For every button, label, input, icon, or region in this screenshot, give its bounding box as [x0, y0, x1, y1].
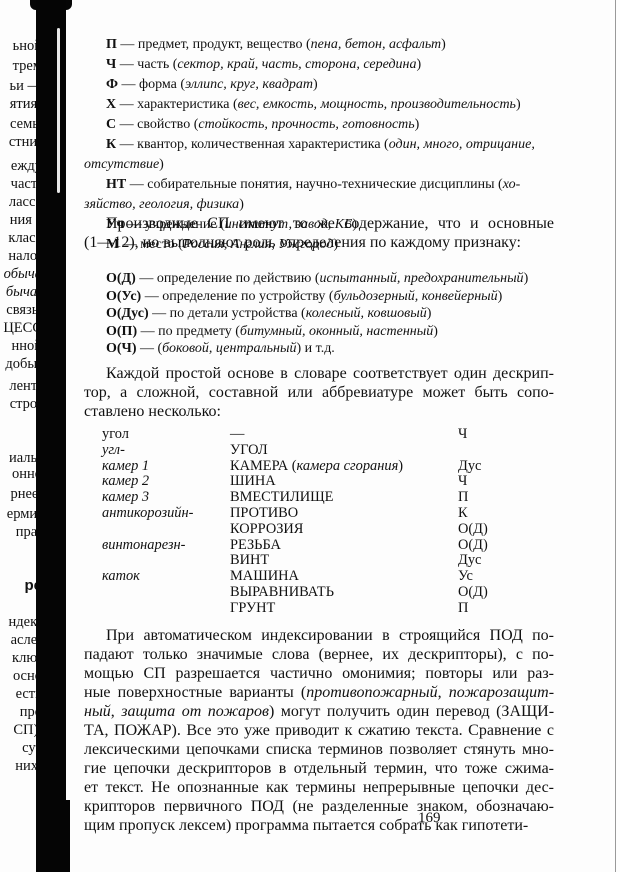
table-row: винтонарезн-РЕЗЬБАО(Д) [102, 537, 522, 553]
paragraph-line: ные поверхностные варианты (противопожар… [84, 683, 554, 702]
descriptor-cell: ПРОТИВО [230, 505, 298, 521]
book-spine-shadow [36, 0, 66, 872]
legend-description: — часть ( [116, 57, 177, 72]
descriptor-cell: ВМЕСТИЛИЩЕ [230, 489, 333, 505]
descriptor-cell: УГОЛ [230, 442, 268, 458]
paragraph-descriptor-mapping: Каждой простой основе в словаре соответс… [84, 364, 554, 421]
descriptor-cell: РЕЗЬБА [230, 537, 281, 553]
legend-code: С [106, 117, 116, 132]
paragraph-derived-codes: Производные СП имеют то же содержание, ч… [84, 214, 554, 252]
legend-entry: Ч — часть (сектор, край, часть, сторона,… [106, 56, 421, 74]
table-row: камер 1КАМЕРА (камера сгорания)Дус [102, 458, 522, 474]
italic-term: ный [84, 703, 111, 720]
legend-code: НТ [106, 177, 126, 192]
spine-highlight [57, 28, 60, 193]
text-run: падают только значимые слова (вернее, их… [84, 646, 554, 663]
paragraph-line: щим пропуск лексем) программа пытается с… [84, 816, 554, 835]
paragraph-line: мощью СП разрешается частично омонимия; … [84, 664, 554, 683]
text-run: ные поверхностные варианты ( [84, 684, 306, 701]
paragraph-line: падают только значимые слова (вернее, их… [84, 645, 554, 664]
code-cell: О(Д) [458, 584, 488, 600]
table-row: КОРРОЗИЯО(Д) [102, 521, 522, 537]
legend-description: — собирательные понятия, научно-техничес… [126, 177, 502, 192]
text-run: крипторов первичного ПОД (не разделенные… [84, 798, 554, 815]
definition-examples: испытанный, предохранительный [320, 271, 524, 286]
definition-examples: боковой, центральный [162, 341, 296, 356]
stem-cell: камер 3 [102, 489, 149, 505]
descriptor-note: камера сгорания [297, 458, 399, 474]
paragraph-line: Каждой простой основе в словаре соответс… [84, 364, 554, 383]
definition-description: — определение по устройству ( [141, 289, 333, 304]
text-run: , [438, 684, 449, 701]
definition-examples: бульдозерный, конвейерный [334, 289, 498, 304]
paragraph-line: крипторов первичного ПОД (не разделенные… [84, 797, 554, 816]
code-cell: К [458, 505, 468, 521]
paragraph-line: ставлено несколько: [84, 402, 554, 421]
legend-code: Ф [106, 77, 118, 92]
paragraph-line: лексическими цепочками списка терминов п… [84, 740, 554, 759]
legend-code: Ч [106, 57, 116, 72]
descriptor-text: ПРОТИВО [230, 505, 298, 521]
definition-entry: О(П) — по предмету (битумный, оконный, н… [106, 323, 438, 341]
legend-code: П [106, 37, 117, 52]
legend-examples: стойкость, прочность, готовность [198, 117, 414, 132]
legend-examples: эллипс, круг, квадрат [185, 77, 313, 92]
table-row: катокМАШИНАУс [102, 568, 522, 584]
legend-entry: К — квантор, количественная характеристи… [106, 136, 535, 154]
legend-examples: вес, емкость, мощность, производительнос… [238, 97, 516, 112]
stem-cell: каток [102, 568, 140, 584]
text-run: лексическими цепочками списка терминов п… [84, 741, 554, 758]
definition-tail: ) [498, 289, 503, 304]
table-row: антикорозийн-ПРОТИВОК [102, 505, 522, 521]
stem-cell: винтонарезн- [102, 537, 185, 553]
legend-entry: Ф — форма (эллипс, круг, квадрат) [106, 76, 318, 94]
legend-description: — форма ( [118, 77, 185, 92]
text-run: гие цепочки дескрипторов в отдельный тер… [84, 760, 554, 777]
text-run: ) могут получить один перевод (ЗАЩИ- [269, 703, 554, 720]
table-row: угол—Ч [102, 426, 522, 442]
descriptor-text: КОРРОЗИЯ [230, 521, 303, 537]
definition-description: — ( [137, 341, 163, 356]
italic-term: пожарозащит- [449, 684, 554, 701]
code-cell: Ч [458, 473, 467, 489]
descriptor-text: ВЫРАВНИВАТЬ [230, 584, 334, 600]
legend-tail: ) [415, 117, 420, 132]
legend-tail: ) [239, 197, 244, 212]
page-edge-line [615, 0, 616, 872]
definition-code: О(Ус) [106, 289, 141, 304]
legend-description: — характеристика ( [116, 97, 237, 112]
legend-examples: отсутствие [84, 157, 159, 172]
definition-code: О(Дус) [106, 306, 149, 321]
legend-tail: ) [441, 37, 446, 52]
paragraph-line: ТА, ПОЖАР). Все это уже приводит к сжати… [84, 721, 554, 740]
descriptor-cell: ВИНТ [230, 552, 269, 568]
descriptor-cell: КОРРОЗИЯ [230, 521, 303, 537]
definition-entry: О(Ус) — определение по устройству (бульд… [106, 288, 502, 306]
text-run: мощью СП разрешается частично омонимия; … [84, 665, 554, 682]
paragraph-line: (1—12), но выполняют роль определения по… [84, 233, 554, 252]
descriptor-cell: — [230, 426, 244, 442]
legend-entry: зяйство, геология, физика) [84, 196, 244, 214]
descriptor-text: РЕЗЬБА [230, 537, 281, 553]
descriptor-text: УГОЛ [230, 442, 268, 458]
legend-description: — свойство ( [116, 117, 198, 132]
definition-code: О(Ч) [106, 341, 137, 356]
code-cell: О(Д) [458, 521, 488, 537]
paragraph-line: При автоматическом индексировании в стро… [84, 626, 554, 645]
definition-code: О(Д) [106, 271, 136, 286]
text-run: При автоматическом индексировании в стро… [106, 627, 554, 644]
definition-code: О(П) [106, 324, 137, 339]
descriptor-text: КАМЕРА [230, 458, 288, 474]
table-row: угл-УГОЛ [102, 442, 522, 458]
italic-term: противопожарный [306, 684, 437, 701]
definition-tail: ) [524, 271, 529, 286]
descriptor-cell: ШИНА [230, 473, 276, 489]
text-run: ТА, ПОЖАР). Все это уже приводит к сжати… [84, 722, 554, 739]
definition-entry: О(Ч) — (боковой, центральный) и т.д. [106, 340, 335, 358]
legend-entry: П — предмет, продукт, вещество (пена, бе… [106, 36, 446, 54]
definition-description: — по детали устройства ( [149, 306, 306, 321]
stem-cell: угол [102, 426, 129, 442]
legend-tail: ) [313, 77, 318, 92]
legend-tail: ) [159, 157, 164, 172]
descriptor-text: МАШИНА [230, 568, 299, 584]
stem-cell: камер 2 [102, 473, 149, 489]
descriptor-text: — [230, 426, 244, 442]
descriptor-text: ВИНТ [230, 552, 269, 568]
table-row: ВИНТДус [102, 552, 522, 568]
definition-tail: ) и т.д. [296, 341, 334, 356]
descriptor-cell: ГРУНТ [230, 600, 275, 616]
text-run: , [111, 703, 121, 720]
stem-cell: угл- [102, 442, 125, 458]
definition-tail: ) [427, 306, 432, 321]
definition-examples: колесный, ковшовый [306, 306, 427, 321]
legend-examples: пена, бетон, асфальт [311, 37, 442, 52]
legend-tail: ) [416, 57, 421, 72]
paragraph-line: тор, а сложной, составной или аббревиату… [84, 383, 554, 402]
italic-term: защита от пожаров [121, 703, 269, 720]
paragraph-automatic-indexing: При автоматическом индексировании в стро… [84, 626, 554, 835]
legend-description: — предмет, продукт, вещество ( [117, 37, 311, 52]
descriptor-text: ГРУНТ [230, 600, 275, 616]
legend-entry: С — свойство (стойкость, прочность, гото… [106, 116, 419, 134]
paragraph-line: ный, защита от пожаров) могут получить о… [84, 702, 554, 721]
definition-entry: О(Д) — определение по действию (испытанн… [106, 270, 528, 288]
table-row: камер 2ШИНАЧ [102, 473, 522, 489]
definition-description: — определение по действию ( [136, 271, 320, 286]
definition-description: — по предмету ( [137, 324, 240, 339]
legend-examples: сектор, край, часть, сторона, середина [177, 57, 416, 72]
table-row: ГРУНТП [102, 600, 522, 616]
code-cell: Дус [458, 458, 481, 474]
legend-examples: хо- [503, 177, 521, 192]
legend-description: — квантор, количественная характеристика… [116, 137, 389, 152]
legend-code: К [106, 137, 116, 152]
code-cell: П [458, 600, 468, 616]
definition-entry: О(Дус) — по детали устройства (колесный,… [106, 305, 431, 323]
code-cell: Ч [458, 426, 467, 442]
descriptor-cell: КАМЕРА (камера сгорания) [230, 458, 403, 474]
legend-examples: зяйство, геология, физика [84, 197, 239, 212]
code-cell: О(Д) [458, 537, 488, 553]
definition-examples: битумный, оконный, настенный [240, 324, 433, 339]
legend-code: Х [106, 97, 116, 112]
table-row: камер 3ВМЕСТИЛИЩЕП [102, 489, 522, 505]
descriptor-cell: ВЫРАВНИВАТЬ [230, 584, 334, 600]
descriptor-text: ШИНА [230, 473, 276, 489]
definition-tail: ) [433, 324, 438, 339]
text-run: ет текст. Не опознанные как термины непр… [84, 779, 554, 796]
table-row: ВЫРАВНИВАТЬО(Д) [102, 584, 522, 600]
legend-tail: ) [516, 97, 521, 112]
code-cell: Ус [458, 568, 473, 584]
code-cell: П [458, 489, 468, 505]
stem-cell: камер 1 [102, 458, 149, 474]
stem-cell: антикорозийн- [102, 505, 193, 521]
paragraph-line: Производные СП имеют то же содержание, ч… [84, 214, 554, 233]
legend-entry: НТ — собирательные понятия, научно-техни… [106, 176, 520, 194]
paragraph-line: гие цепочки дескрипторов в отдельный тер… [84, 759, 554, 778]
legend-entry: отсутствие) [84, 156, 164, 174]
book-spine-shadow-bottom [42, 800, 70, 872]
text-run: щим пропуск лексем) программа пытается с… [84, 817, 528, 834]
code-cell: Дус [458, 552, 481, 568]
legend-entry: Х — характеристика (вес, емкость, мощнос… [106, 96, 521, 114]
legend-examples: один, много, отрицание, [389, 137, 535, 152]
descriptor-cell: МАШИНА [230, 568, 299, 584]
page-number: 169 [418, 810, 441, 827]
paragraph-line: ет текст. Не опознанные как термины непр… [84, 778, 554, 797]
descriptor-text: ВМЕСТИЛИЩЕ [230, 489, 333, 505]
